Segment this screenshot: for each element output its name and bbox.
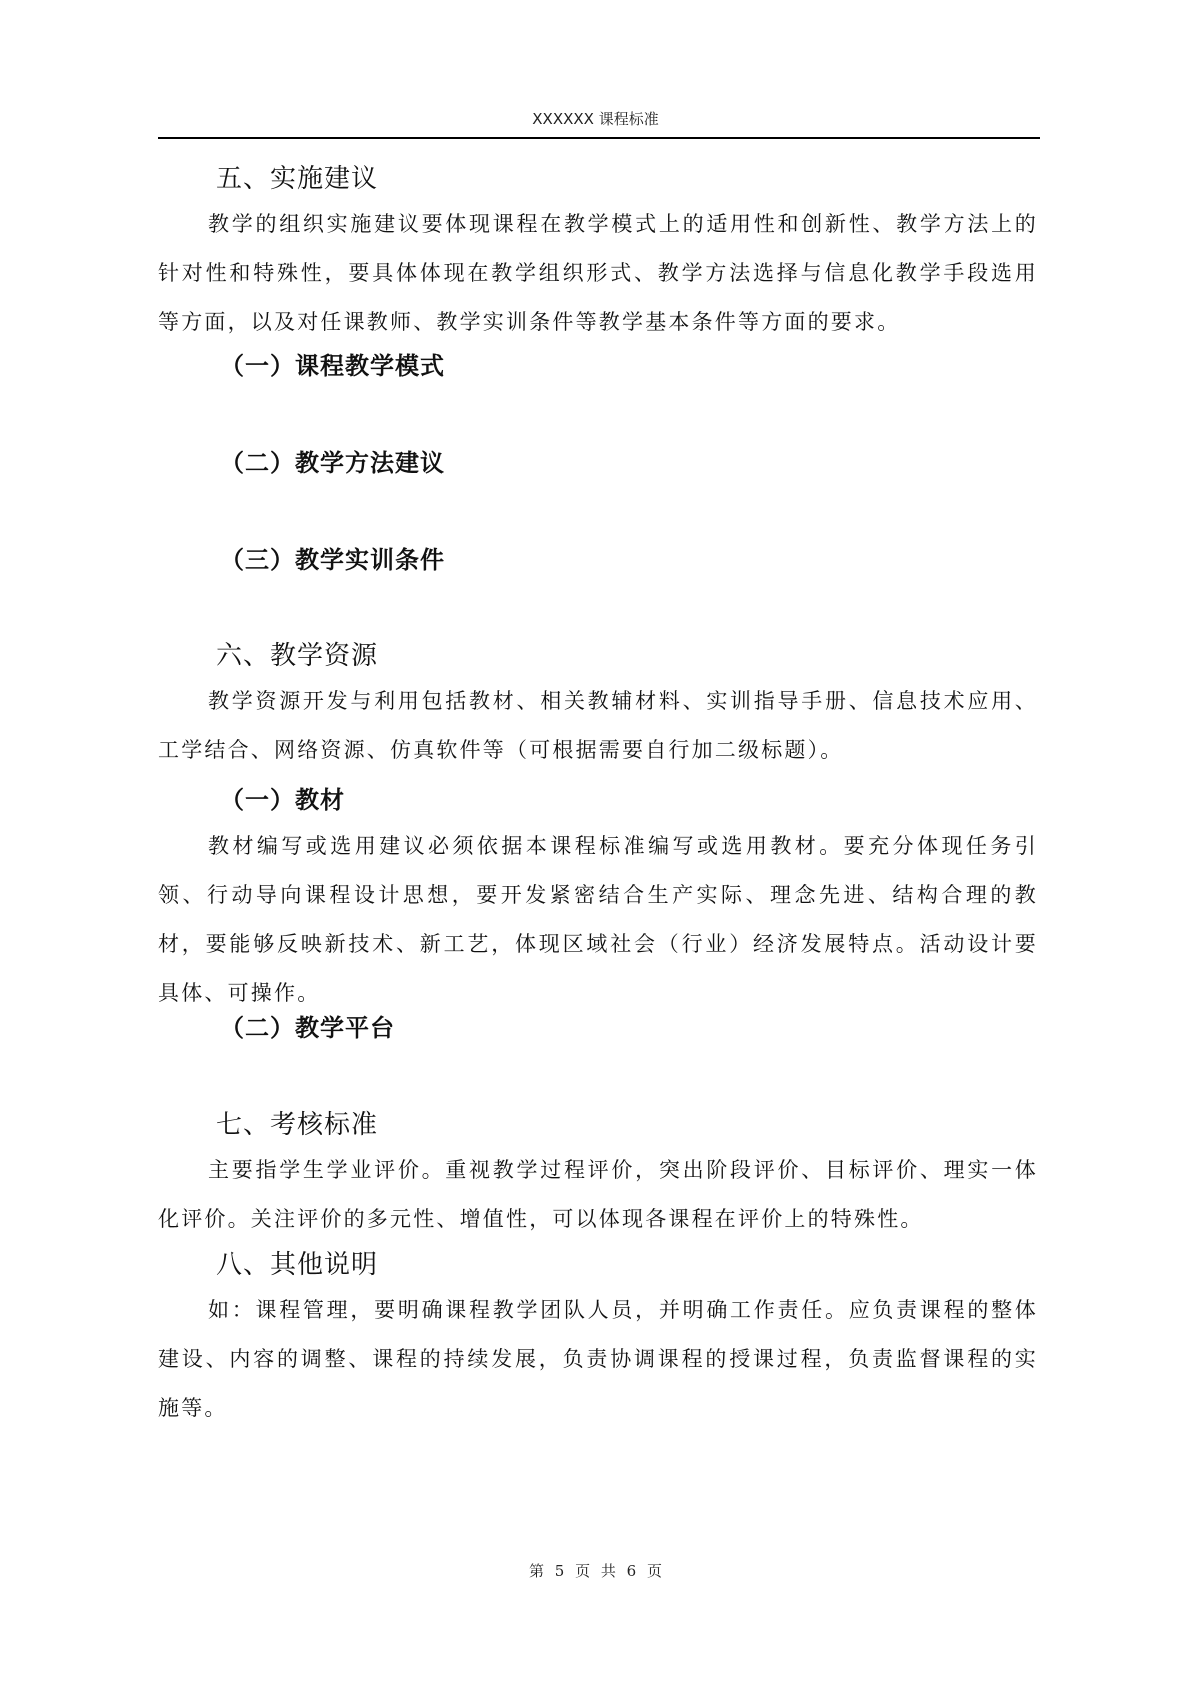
subsection-heading: （三）教学实训条件 bbox=[158, 540, 1038, 575]
section-implementation: 五、实施建议 bbox=[158, 158, 1038, 195]
section-paragraph: 主要指学生学业评价。重视教学过程评价，突出阶段评价、目标评价、理实一体化评价。关… bbox=[158, 1146, 1038, 1244]
section-heading: 五、实施建议 bbox=[158, 158, 1038, 195]
section-paragraph: 教学资源开发与利用包括教材、相关教辅材料、实训指导手册、信息技术应用、工学结合、… bbox=[158, 677, 1038, 775]
section-heading: 六、教学资源 bbox=[158, 635, 1038, 672]
header-divider bbox=[158, 137, 1040, 139]
section-resources: 六、教学资源 bbox=[158, 635, 1038, 672]
subsection-paragraph: 教材编写或选用建议必须依据本课程标准编写或选用教材。要充分体现任务引领、行动导向… bbox=[158, 822, 1038, 1018]
section-other-notes: 八、其他说明 bbox=[158, 1244, 1038, 1281]
subsection-heading: （二）教学平台 bbox=[158, 1008, 1038, 1043]
section-heading: 八、其他说明 bbox=[158, 1244, 1038, 1281]
section-paragraph: 如：课程管理，要明确课程教学团队人员，并明确工作责任。应负责课程的整体建设、内容… bbox=[158, 1286, 1038, 1433]
document-header-title: XXXXXX 课程标准 bbox=[0, 108, 1191, 129]
section-assessment: 七、考核标准 bbox=[158, 1104, 1038, 1141]
page-number: 第 5 页 共 6 页 bbox=[0, 1560, 1191, 1581]
subsection-heading: （一）课程教学模式 bbox=[158, 346, 1038, 381]
subsection-heading: （二）教学方法建议 bbox=[158, 443, 1038, 478]
subsection-heading: （一）教材 bbox=[158, 780, 1038, 815]
section-implementation-body: 教学的组织实施建议要体现课程在教学模式上的适用性和创新性、教学方法上的针对性和特… bbox=[158, 200, 1038, 347]
section-paragraph: 教学的组织实施建议要体现课程在教学模式上的适用性和创新性、教学方法上的针对性和特… bbox=[158, 200, 1038, 347]
section-heading: 七、考核标准 bbox=[158, 1104, 1038, 1141]
